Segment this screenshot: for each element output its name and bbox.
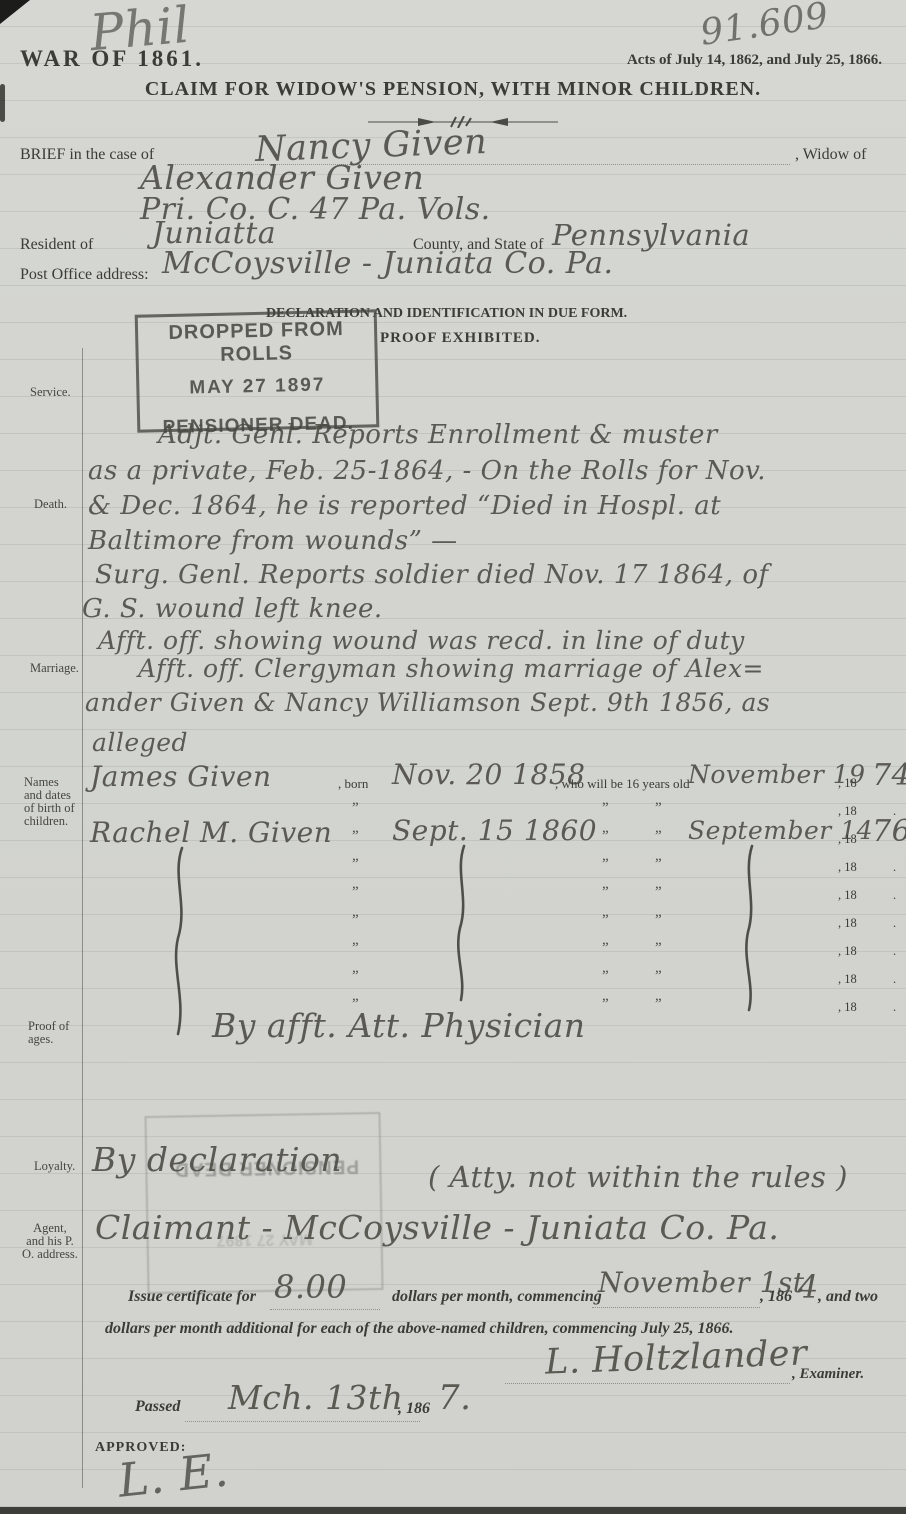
loyalty-entry: By declaration — [92, 1140, 342, 1179]
proof-of-ages-entry: By afft. Att. Physician — [212, 1006, 586, 1045]
certificate-year-prefix: , 186 — [760, 1288, 792, 1306]
post-office-entry: McCoysville - Juniata Co. Pa. — [162, 246, 614, 281]
date-blank — [592, 1306, 760, 1308]
death-entry-line1: Surg. Genl. Reports soldier died Nov. 17… — [95, 560, 769, 590]
certificate-suffix: , and two — [818, 1288, 878, 1306]
margin-label-service: Service. — [30, 386, 71, 399]
ditto-mark: ” — [352, 856, 359, 873]
ditto-mark: ” — [602, 828, 609, 845]
proof-exhibited-line: PROOF EXHIBITED. — [380, 330, 540, 347]
ditto-mark: ” — [655, 996, 662, 1013]
ditto-mark: ” — [602, 940, 609, 957]
claim-title: CLAIM FOR WIDOW'S PENSION, WITH MINOR CH… — [0, 78, 906, 101]
period-mark: . — [893, 916, 896, 931]
ditto-mark: ” — [655, 884, 662, 901]
ditto-mark: ” — [602, 856, 609, 873]
year-18-label: , 18 — [838, 944, 857, 959]
examiner-signature-line — [505, 1382, 790, 1384]
passed-date: Mch. 13th — [228, 1378, 404, 1417]
amount-blank — [270, 1308, 380, 1310]
period-mark: . — [893, 860, 896, 875]
certificate-prefix: Issue certificate for — [128, 1288, 256, 1306]
ditto-mark: ” — [602, 968, 609, 985]
marriage-entry-line3: alleged — [92, 728, 188, 757]
margin-label-proof-of-ages: Proof of ages. — [28, 1020, 69, 1046]
examiner-signature: L. Holtzlander — [544, 1333, 807, 1382]
child-birth-date: Sept. 15 1860 — [392, 814, 597, 847]
period-mark: . — [893, 888, 896, 903]
examiner-label: , Examiner. — [792, 1366, 864, 1383]
year-digits: 76 — [872, 814, 906, 849]
war-title: WAR OF 1861. — [20, 46, 204, 72]
widow-of-label: , Widow of — [795, 146, 867, 164]
proof-label-line2: ages. — [28, 1033, 69, 1046]
attorney-note: ( Atty. not within the rules ) — [428, 1160, 848, 1194]
agent-label-line3: O. address. — [22, 1248, 78, 1261]
marriage-entry-line1: Afft. off. Clergyman showing marriage of… — [138, 654, 764, 683]
ditto-mark: ” — [352, 968, 359, 985]
agent-entry: Claimant - McCoysville - Juniata Co. Pa. — [95, 1208, 779, 1247]
certificate-amount: 8.00 — [274, 1268, 347, 1306]
margin-label-death: Death. — [34, 498, 67, 511]
ditto-mark: ” — [655, 912, 662, 929]
ditto-mark: ” — [602, 800, 609, 817]
service-entry-line3: & Dec. 1864, he is reported “Died in Hos… — [88, 491, 721, 521]
passed-year-digit: 7. — [438, 1378, 471, 1418]
ditto-mark: ” — [352, 828, 359, 845]
ditto-mark: ” — [602, 912, 609, 929]
brace-stroke-left — [168, 846, 190, 1036]
service-entry-line1: Adjt. Genl. Reports Enrollment & muster — [158, 420, 718, 450]
child-name: Rachel M. Given — [90, 816, 332, 849]
dropped-from-rolls-stamp: DROPPED FROM ROLLS MAY 27 1897 PENSIONER… — [135, 309, 380, 432]
ditto-mark: ” — [352, 884, 359, 901]
year-18-label: , 18 — [838, 916, 857, 931]
acts-line: Acts of July 14, 1862, and July 25, 1866… — [627, 52, 882, 69]
period-mark: . — [893, 1000, 896, 1015]
marriage-entry-line2: ander Given & Nancy Williamson Sept. 9th… — [85, 688, 770, 717]
year-18-label: , 18 — [838, 1000, 857, 1015]
ditto-mark: ” — [655, 856, 662, 873]
passed-blank — [185, 1420, 420, 1422]
ditto-mark: ” — [352, 912, 359, 929]
year-18-label: , 18 — [838, 832, 857, 847]
child-name: James Given — [90, 760, 272, 793]
death-entry-line3: Afft. off. showing wound was recd. in li… — [98, 626, 745, 655]
passed-year-prefix: , 186 — [398, 1400, 430, 1418]
margin-label-marriage: Marriage. — [30, 662, 79, 675]
post-office-label: Post Office address: — [20, 266, 149, 284]
scan-corner-artifact — [0, 0, 30, 24]
born-label: , born — [338, 776, 368, 792]
ditto-mark: ” — [655, 968, 662, 985]
ditto-mark: ” — [352, 940, 359, 957]
child-row-1: James Given , born Nov. 20 1858 , who wi… — [0, 768, 906, 796]
file-number-handwriting: 91.609 — [698, 0, 831, 54]
year-18-label: , 18 — [838, 972, 857, 987]
certificate-mid: dollars per month, commencing — [392, 1288, 602, 1306]
ditto-mark: ” — [602, 996, 609, 1013]
approved-initials-signature: L. E. — [115, 1442, 231, 1507]
year-digits: 74 — [872, 758, 906, 793]
age-label: , who will be 16 years old — [555, 776, 690, 792]
brace-stroke-middle — [450, 844, 472, 1002]
certificate-line2: dollars per month additional for each of… — [105, 1320, 733, 1338]
stamp-line1: DROPPED FROM ROLLS — [138, 317, 375, 368]
ditto-mark: ” — [655, 940, 662, 957]
stamp-line2: MAY 27 1897 — [139, 373, 375, 400]
passed-label: Passed — [135, 1398, 180, 1416]
period-mark: . — [893, 972, 896, 987]
margin-label-agent: Agent, and his P. O. address. — [22, 1222, 78, 1261]
ditto-mark: ” — [352, 800, 359, 817]
certificate-year-digit: 4 — [798, 1268, 819, 1306]
year-18-label: , 18 — [838, 888, 857, 903]
brace-stroke-right — [738, 844, 760, 1012]
pension-claim-document: Phil 91.609 WAR OF 1861. Acts of July 14… — [0, 0, 906, 1514]
scan-bottom-edge — [0, 1507, 906, 1514]
period-mark: . — [893, 944, 896, 959]
ditto-mark: ” — [655, 800, 662, 817]
margin-label-loyalty: Loyalty. — [34, 1160, 75, 1173]
resident-label: Resident of — [20, 236, 93, 254]
service-entry-line2: as a private, Feb. 25-1864, - On the Rol… — [88, 456, 766, 486]
ditto-mark: ” — [655, 828, 662, 845]
brief-label: BRIEF in the case of — [20, 146, 154, 164]
year-18-label: , 18 — [838, 776, 857, 791]
service-entry-line4: Baltimore from wounds” — — [88, 526, 458, 556]
death-entry-line2: G. S. wound left knee. — [82, 594, 383, 624]
ditto-mark: ” — [602, 884, 609, 901]
year-18-label: , 18 — [838, 860, 857, 875]
